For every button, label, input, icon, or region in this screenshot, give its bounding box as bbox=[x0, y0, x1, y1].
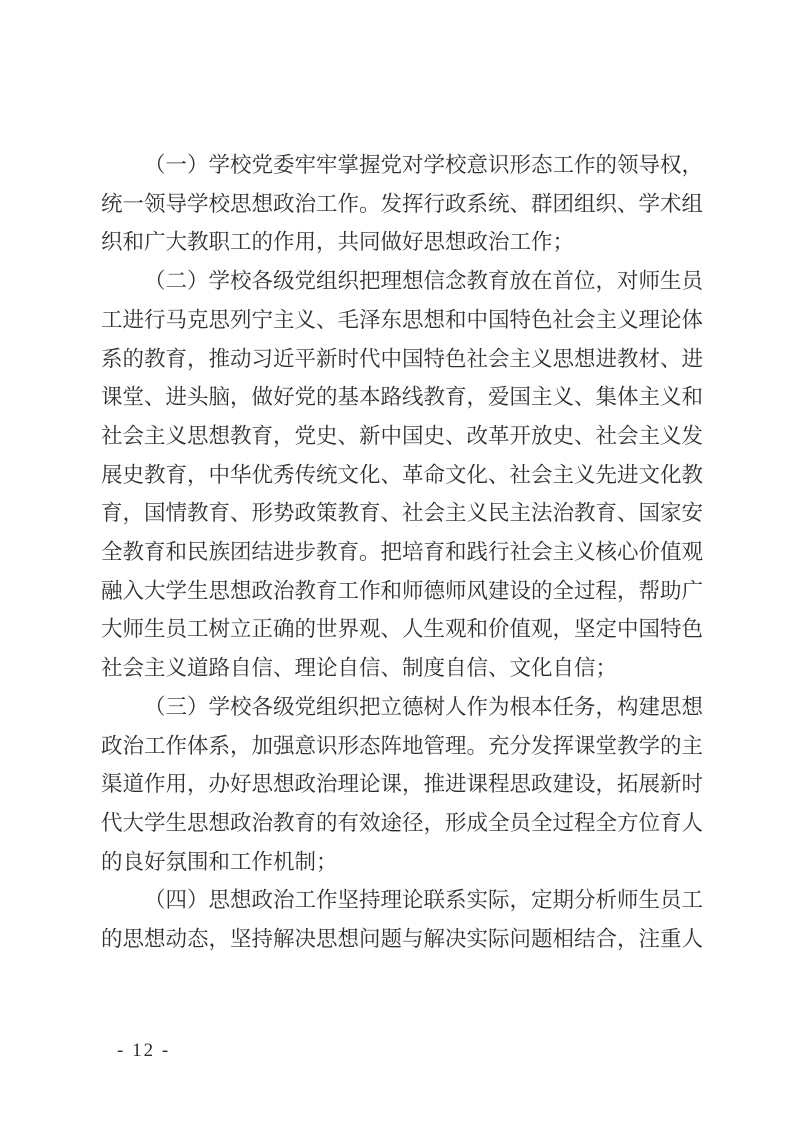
body-paragraph-3: （三）学校各级党组织把立德树人作为根本任务，构建思想政治工作体系，加强意识形态阵… bbox=[101, 688, 703, 882]
body-paragraph-2: （二）学校各级党组织把理想信念教育放在首位，对师生员工进行马克思列宁主义、毛泽东… bbox=[101, 262, 703, 688]
document-body: （一）学校党委牢牢掌握党对学校意识形态工作的领导权，统一领导学校思想政治工作。发… bbox=[101, 146, 703, 959]
document-page: （一）学校党委牢牢掌握党对学校意识形态工作的领导权，统一领导学校思想政治工作。发… bbox=[0, 0, 793, 1122]
page-number: - 12 - bbox=[117, 1040, 170, 1061]
body-paragraph-4: （四）思想政治工作坚持理论联系实际，定期分析师生员工的思想动态，坚持解决思想问题… bbox=[101, 881, 703, 958]
body-paragraph-1: （一）学校党委牢牢掌握党对学校意识形态工作的领导权，统一领导学校思想政治工作。发… bbox=[101, 146, 703, 262]
page-footer: - 12 - bbox=[117, 1040, 170, 1062]
